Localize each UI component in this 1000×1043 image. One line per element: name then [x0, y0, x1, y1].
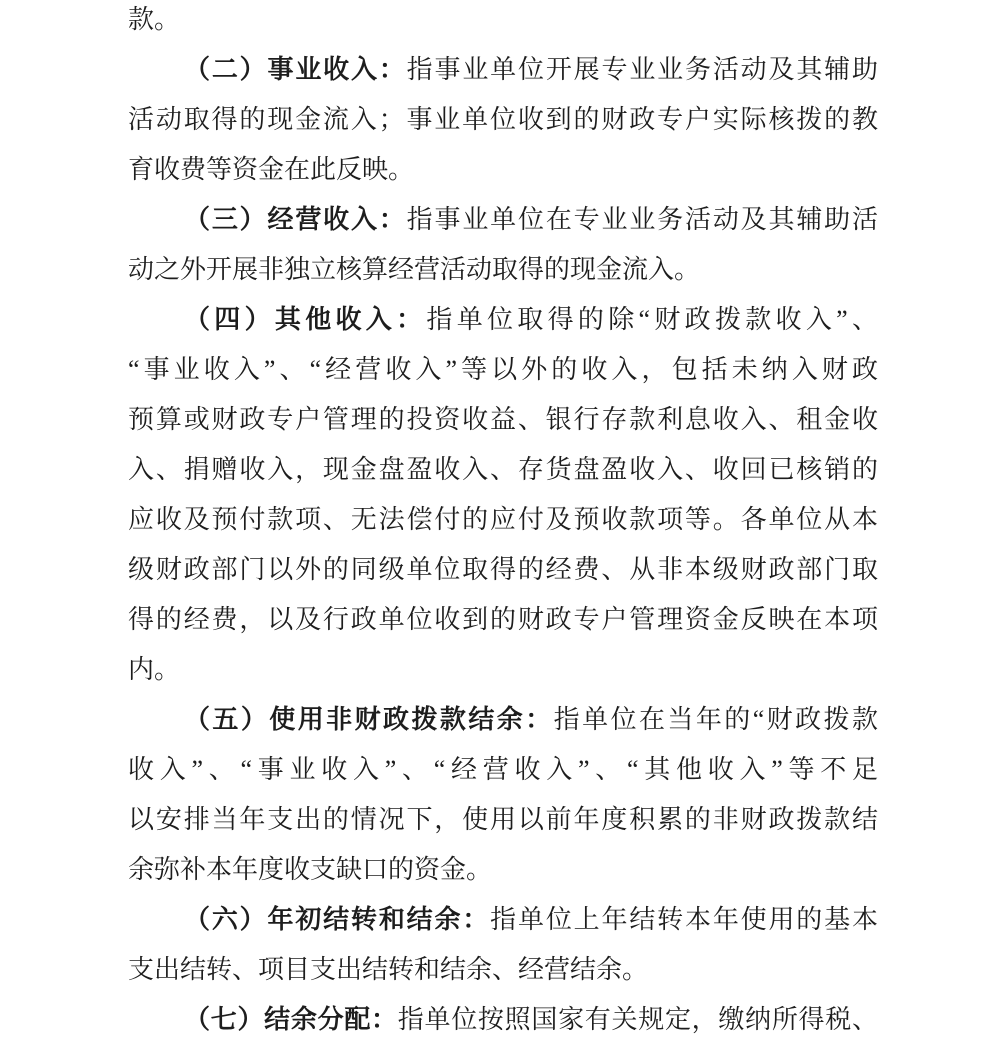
text-line: 以安排当年支出的情况下，使用以前年度积累的非财政拨款结 — [128, 795, 878, 845]
text-line: （二）事业收入：指事业单位开展专业业务活动及其辅助 — [128, 45, 878, 95]
line-text: 指单位在当年的“财政拨款 — [554, 705, 878, 734]
text-line: （五）使用非财政拨款结余：指单位在当年的“财政拨款 — [128, 695, 878, 745]
line-text: 内。 — [128, 655, 180, 684]
term-label: （三）经营收入： — [184, 205, 407, 234]
line-text: 应收及预付款项、无法偿付的应付及预收款项等。各单位从本 — [128, 505, 878, 534]
line-text: 得的经费，以及行政单位收到的财政专户管理资金反映在本项 — [128, 605, 878, 634]
text-line: （四）其他收入：指单位取得的除“财政拨款收入”、 — [128, 295, 878, 345]
text-line: 应收及预付款项、无法偿付的应付及预收款项等。各单位从本 — [128, 495, 878, 545]
line-text: 指事业单位开展专业业务活动及其辅助 — [407, 55, 878, 84]
line-text: 级财政部门以外的同级单位取得的经费、从非本级财政部门取 — [128, 555, 878, 584]
text-line: 级财政部门以外的同级单位取得的经费、从非本级财政部门取 — [128, 545, 878, 595]
line-text: 指单位按照国家有关规定，缴纳所得税、 — [398, 1005, 878, 1034]
line-text: 动之外开展非独立核算经营活动取得的现金流入。 — [128, 255, 700, 284]
line-text: 育收费等资金在此反映。 — [128, 155, 414, 184]
text-line: 动之外开展非独立核算经营活动取得的现金流入。 — [128, 245, 878, 295]
line-text: 预算或财政专户管理的投资收益、银行存款利息收入、租金收 — [128, 405, 878, 434]
document-body: 款。 （二）事业收入：指事业单位开展专业业务活动及其辅助 活动取得的现金流入；事… — [128, 0, 878, 1043]
text-line: 支出结转、项目支出结转和结余、经营结余。 — [128, 945, 878, 995]
text-line: 得的经费，以及行政单位收到的财政专户管理资金反映在本项 — [128, 595, 878, 645]
line-text: 余弥补本年度收支缺口的资金。 — [128, 855, 492, 884]
text-line: 入、捐赠收入，现金盘盈收入、存货盘盈收入、收回已核销的 — [128, 445, 878, 495]
text-line: 育收费等资金在此反映。 — [128, 145, 878, 195]
text-line: “事业收入”、“经营收入”等以外的收入，包括未纳入财政 — [128, 345, 878, 395]
line-text: 款。 — [128, 5, 180, 34]
document-page: 款。 （二）事业收入：指事业单位开展专业业务活动及其辅助 活动取得的现金流入；事… — [0, 0, 1000, 1043]
term-label: （四）其他收入： — [184, 305, 426, 334]
text-line: 收入”、“事业收入”、“经营收入”、“其他收入”等不足 — [128, 745, 878, 795]
line-text: 以安排当年支出的情况下，使用以前年度积累的非财政拨款结 — [128, 805, 878, 834]
text-line: （七）结余分配：指单位按照国家有关规定，缴纳所得税、 — [128, 995, 878, 1043]
line-text: 活动取得的现金流入；事业单位收到的财政专户实际核拨的教 — [128, 105, 878, 134]
term-label: （二）事业收入： — [184, 55, 407, 84]
text-line: （三）经营收入：指事业单位在专业业务活动及其辅助活 — [128, 195, 878, 245]
line-text: 指事业单位在专业业务活动及其辅助活 — [407, 205, 878, 234]
line-text: 入、捐赠收入，现金盘盈收入、存货盘盈收入、收回已核销的 — [128, 455, 878, 484]
line-text: “事业收入”、“经营收入”等以外的收入，包括未纳入财政 — [128, 355, 878, 384]
line-text: 指单位上年结转本年使用的基本 — [490, 905, 878, 934]
text-line: 内。 — [128, 645, 878, 695]
term-label: （五）使用非财政拨款结余： — [184, 705, 554, 734]
term-label: （七）结余分配： — [184, 1005, 398, 1034]
text-line: 预算或财政专户管理的投资收益、银行存款利息收入、租金收 — [128, 395, 878, 445]
term-label: （六）年初结转和结余： — [184, 905, 490, 934]
text-line: （六）年初结转和结余：指单位上年结转本年使用的基本 — [128, 895, 878, 945]
text-line: 活动取得的现金流入；事业单位收到的财政专户实际核拨的教 — [128, 95, 878, 145]
line-text: 指单位取得的除“财政拨款收入”、 — [426, 305, 878, 334]
text-line: 余弥补本年度收支缺口的资金。 — [128, 845, 878, 895]
line-text: 支出结转、项目支出结转和结余、经营结余。 — [128, 955, 648, 984]
text-line: 款。 — [128, 0, 878, 45]
line-text: 收入”、“事业收入”、“经营收入”、“其他收入”等不足 — [128, 755, 878, 784]
